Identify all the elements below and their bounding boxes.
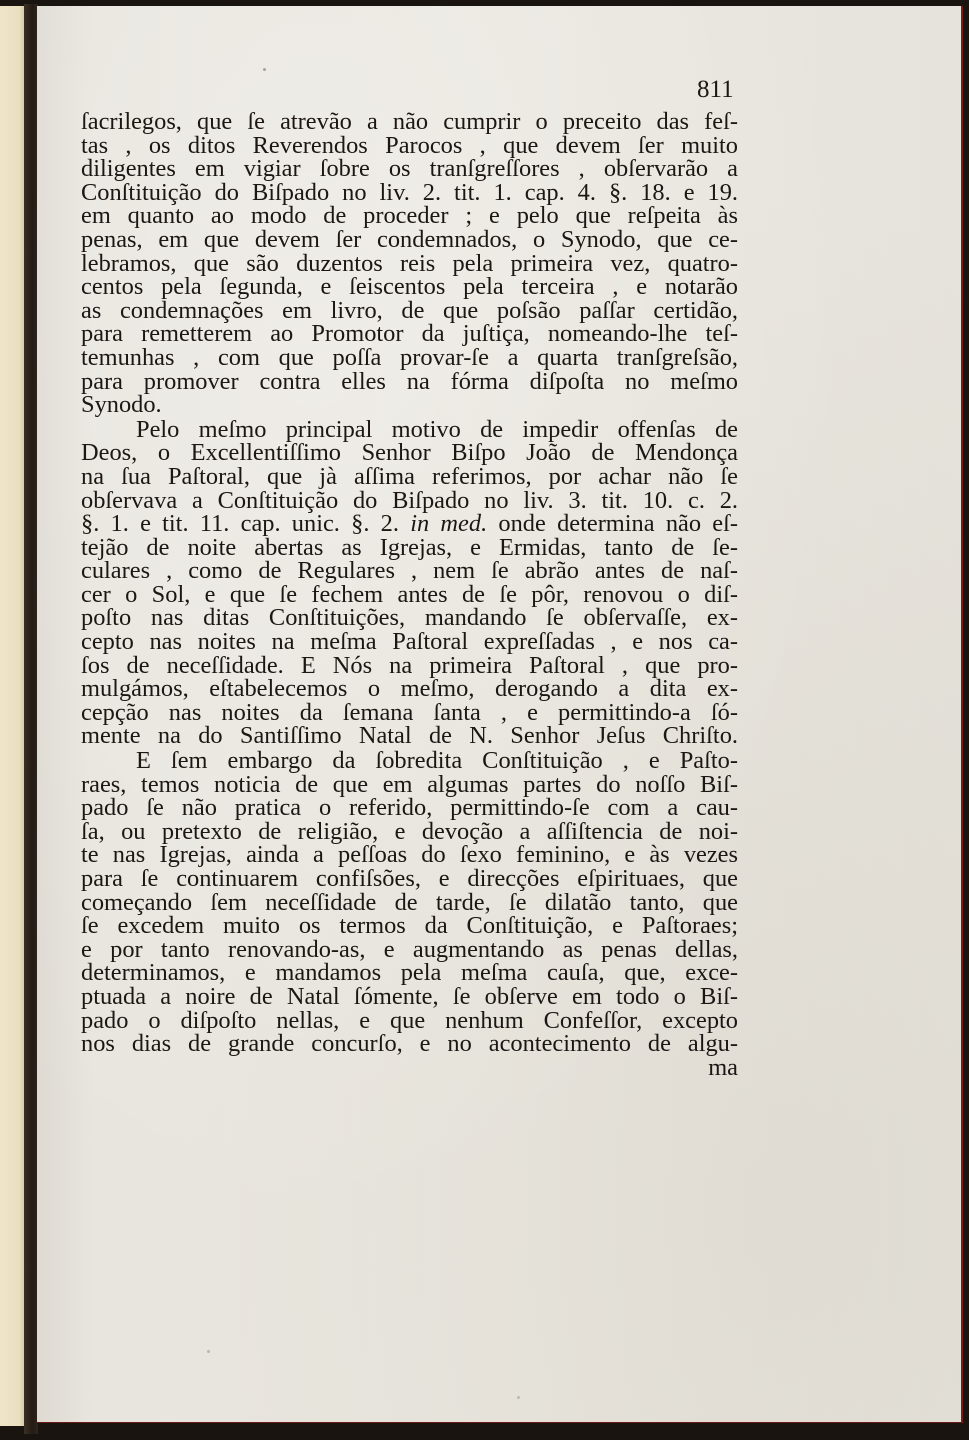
text-line: para remetterem ao Promotor da juſtiça, … xyxy=(81,322,738,346)
paper-speck xyxy=(517,1396,520,1399)
text-line: centos pela ſegunda, e ſeiscentos pela t… xyxy=(81,275,738,299)
book-gutter xyxy=(24,4,38,1434)
text-line: obſervava a Conſtituição do Biſpado no l… xyxy=(81,489,738,513)
text-line: determinamos, e mandamos pela meſma cauſ… xyxy=(81,961,738,985)
text-line italic-line: §. 1. e tit. 11. cap. unic. §. 2. in med… xyxy=(81,512,738,536)
left-page-edge xyxy=(0,6,24,1426)
body-text: ſacrilegos, que ſe atrevão a não cumprir… xyxy=(81,110,738,1079)
text-line: pado o diſpoſto nellas, e que nenhum Con… xyxy=(81,1009,738,1033)
text-line: tas , os ditos Reverendos Parocos , que … xyxy=(81,134,738,158)
paper-speck xyxy=(263,68,266,71)
text-line: lebramos, que são duzentos reis pela pri… xyxy=(81,252,738,276)
text-line: Synodo. xyxy=(81,393,738,417)
text-line: começando ſem neceſſidade de tarde, ſe d… xyxy=(81,891,738,915)
page-number: 811 xyxy=(697,76,734,104)
text-line: Pelo meſmo principal motivo de impedir o… xyxy=(81,418,738,442)
paragraph: Pelo meſmo principal motivo de impedir o… xyxy=(81,418,738,748)
text-line: pado ſe não pratica o referido, permitti… xyxy=(81,796,738,820)
text-line: ſa, ou pretexto de religião, e devoção a… xyxy=(81,820,738,844)
text-line: Conſtituição do Biſpado no liv. 2. tit. … xyxy=(81,181,738,205)
paragraph: ſacrilegos, que ſe atrevão a não cumprir… xyxy=(81,110,738,417)
text-line: Deos, o Excellentiſſimo Senhor Biſpo Joã… xyxy=(81,441,738,465)
text-line: em quanto ao modo de proceder ; e pelo q… xyxy=(81,204,738,228)
text-line: te nas Igrejas, ainda a peſſoas do ſexo … xyxy=(81,843,738,867)
paper-speck xyxy=(207,1350,210,1353)
text-line: as condemnações em livro, de que poſsão … xyxy=(81,299,738,323)
text-line: tejão de noite abertas as Igrejas, e Erm… xyxy=(81,536,738,560)
text-line: para promover contra elles na fórma diſp… xyxy=(81,370,738,394)
text-line: nos dias de grande concurſo, e no aconte… xyxy=(81,1032,738,1056)
text-line: e por tanto renovando-as, e augmentando … xyxy=(81,938,738,962)
text-line: poſto nas ditas Conſtituições, mandando … xyxy=(81,606,738,630)
text-line: na ſua Paſtoral, que jà aſſima referimos… xyxy=(81,465,738,489)
text-line: para ſe continuarem confiſsões, e direcç… xyxy=(81,867,738,891)
text-line: ptuada a noire de Natal ſómente, ſe obſe… xyxy=(81,985,738,1009)
text-line: ſos de neceſſidade. E Nós na primeira Pa… xyxy=(81,654,738,678)
text-line: ſacrilegos, que ſe atrevão a não cumprir… xyxy=(81,110,738,134)
text-line: cepção nas noites da ſemana ſanta , e pe… xyxy=(81,701,738,725)
scanned-book-spread: 811 ſacrilegos, que ſe atrevão a não cum… xyxy=(0,0,969,1440)
text-line: raes, temos noticia de que em algumas pa… xyxy=(81,773,738,797)
text-line: cer o Sol, e que ſe fechem antes de ſe p… xyxy=(81,583,738,607)
text-line: temunhas , com que poſſa provar-ſe a qua… xyxy=(81,346,738,370)
paragraph: E ſem embargo da ſobredita Conſtituição … xyxy=(81,749,738,1056)
text-line: culares , como de Regulares , nem ſe abr… xyxy=(81,559,738,583)
text-line: ſe excedem muito os termos da Conſtituiç… xyxy=(81,914,738,938)
text-line: mulgámos, eſtabelecemos o meſmo, derogan… xyxy=(81,677,738,701)
text-line: mente na do Santiſſimo Natal de N. Senho… xyxy=(81,724,738,748)
catchword: ma xyxy=(81,1056,738,1080)
text-line: E ſem embargo da ſobredita Conſtituição … xyxy=(81,749,738,773)
text-line: penas, em que devem ſer condemnados, o S… xyxy=(81,228,738,252)
text-line: diligentes em vigiar ſobre os tranſgreſſ… xyxy=(81,157,738,181)
text-line: cepto nas noites na meſma Paſtoral expre… xyxy=(81,630,738,654)
